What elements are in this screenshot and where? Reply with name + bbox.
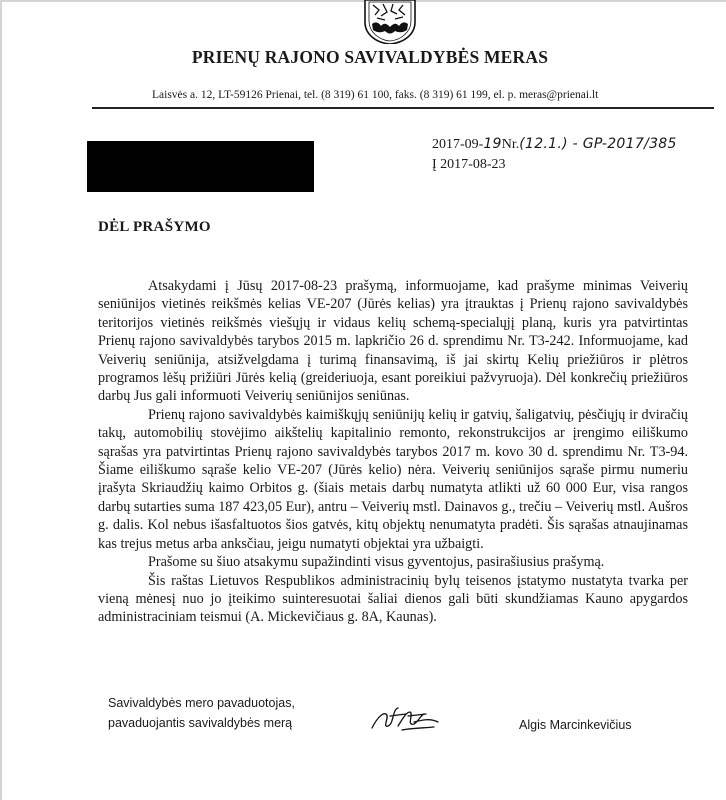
outgoing-date-printed: 2017-09- [432, 137, 483, 152]
handwritten-signature-icon [368, 700, 442, 734]
signatory-title: Savivaldybės mero pavaduotojas, pavaduoj… [108, 693, 295, 733]
outgoing-date-handwritten: 19 [483, 136, 501, 152]
signatory-name: Algis Marcinkevičius [519, 718, 632, 732]
coat-of-arms-icon [363, 0, 417, 44]
paragraph: Prašome su šiuo atsakymu supažindinti vi… [98, 553, 688, 571]
signatory-title-line: pavaduojantis savivaldybės merą [108, 713, 295, 733]
outgoing-reference: 2017-09-19Nr.(12.1.) - GP-2017/385 [432, 134, 677, 155]
issuer-contacts: Laisvės a. 12, LT-59126 Prienai, tel. (8… [152, 89, 632, 101]
paragraph: Šis raštas Lietuvos Respublikos administ… [98, 572, 688, 627]
paragraph: Prienų rajono savivaldybės kaimiškųjų se… [98, 406, 688, 553]
incoming-date: 2017-08-23 [440, 157, 505, 172]
registration-number-handwritten: (12.1.) - GP-2017/385 [519, 136, 676, 152]
redacted-recipient-block [87, 141, 314, 192]
issuer-title: PRIENŲ RAJONO SAVIVALDYBĖS MERAS [0, 47, 726, 68]
reference-block: 2017-09-19Nr.(12.1.) - GP-2017/385 Į 201… [432, 134, 677, 175]
paragraph: Atsakydami į Jūsų 2017-08-23 prašymą, in… [98, 277, 688, 406]
header-divider [92, 107, 714, 109]
incoming-reference: Į 2017-08-23 [432, 155, 677, 175]
letter-body: Atsakydami į Jūsų 2017-08-23 prašymą, in… [98, 277, 688, 627]
letter-subject: DĖL PRAŠYMO [98, 219, 211, 236]
to-label: Į [432, 157, 437, 172]
nr-label: Nr. [502, 137, 520, 152]
signatory-title-line: Savivaldybės mero pavaduotojas, [108, 693, 295, 713]
